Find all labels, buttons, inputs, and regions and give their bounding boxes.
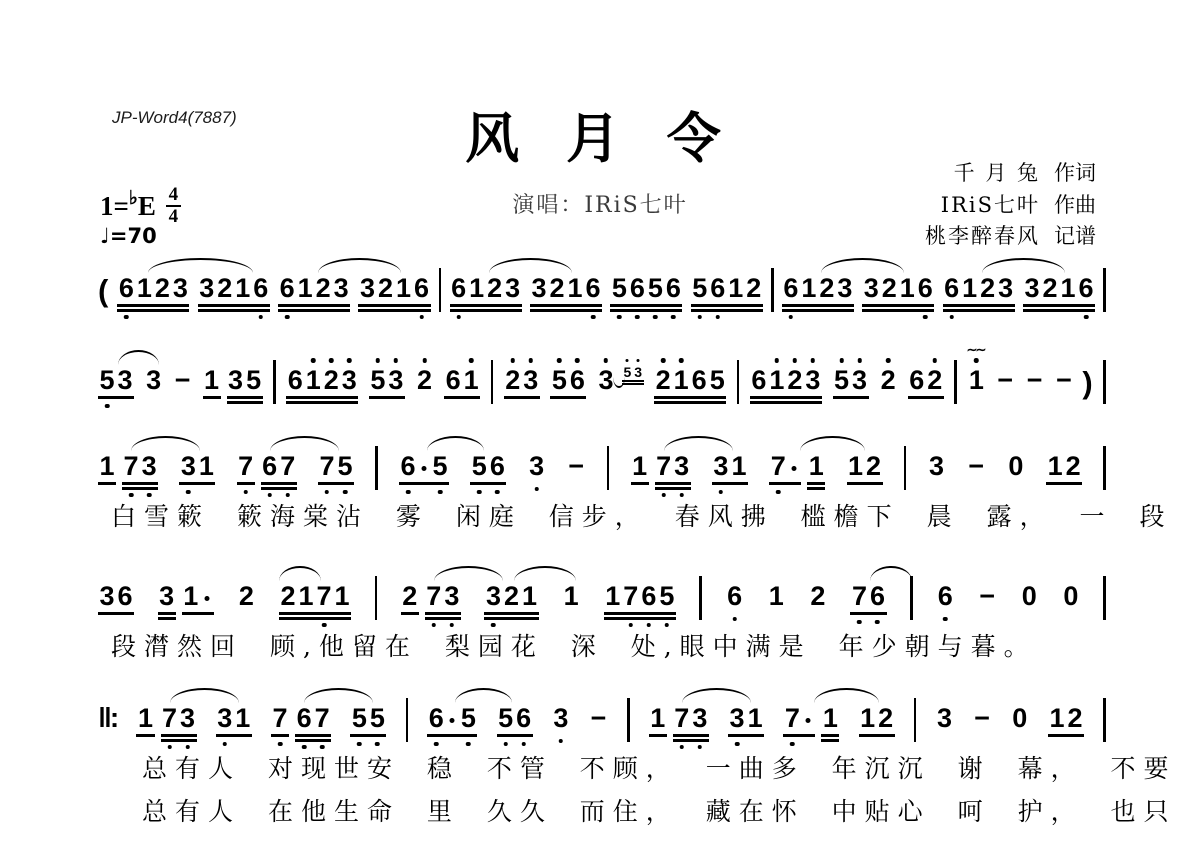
- note-char: 3: [528, 453, 546, 480]
- note-char: 1: [395, 275, 413, 302]
- octave-dot-low: [735, 742, 740, 747]
- beam-group: 3: [928, 453, 946, 480]
- note-group: 2165: [654, 367, 726, 394]
- note-char: 3: [140, 453, 158, 480]
- beam-group: 61: [444, 367, 480, 394]
- octave-dot-low: [456, 315, 461, 320]
- dash-note: −: [173, 367, 192, 394]
- barline: [406, 698, 409, 742]
- note-group: 61: [444, 367, 480, 394]
- note-char: 1: [462, 367, 480, 394]
- octave-dot-low: [790, 742, 795, 747]
- beam-line: [850, 612, 886, 615]
- system-3: 173317677565563−1733171123−012白雪簌 簌海棠沾 雾…: [98, 446, 1106, 533]
- slur-arc: [304, 688, 373, 703]
- note-char: 6: [568, 367, 586, 394]
- note-char: 2: [376, 275, 394, 302]
- note-group: 3: [552, 705, 570, 732]
- octave-dot-low: [434, 742, 439, 747]
- beam-group: 5656: [610, 275, 682, 302]
- note-group: 321: [484, 583, 538, 610]
- note-char: −: [173, 367, 192, 394]
- octave-dot-low: [285, 493, 290, 498]
- beam-group: 3216: [358, 275, 430, 302]
- beam-line: [98, 612, 134, 615]
- note-group: 6: [936, 583, 954, 610]
- beam-group: 56: [470, 453, 506, 480]
- octave-dot-low: [647, 623, 652, 628]
- note-char: 7: [279, 453, 297, 480]
- beam-line: [179, 482, 215, 485]
- note-char: 3: [179, 453, 197, 480]
- note-char: 3: [1023, 275, 1041, 302]
- notation-row: ‖:173317675565563−1733171123−012: [98, 698, 1106, 732]
- beam-line: [237, 482, 255, 485]
- slur-arc: [131, 436, 200, 451]
- slur-arc: [489, 258, 572, 273]
- octave-dot-low: [267, 493, 272, 498]
- note-group: 3216: [862, 275, 934, 302]
- note-char: 3: [340, 367, 358, 394]
- note-char: 3: [179, 705, 197, 732]
- beam-line: [286, 401, 358, 404]
- note-group: 31: [712, 453, 748, 480]
- octave-dot-high: [811, 358, 816, 363]
- barline: [954, 360, 957, 404]
- note-group: 353: [597, 367, 644, 394]
- note-char: 2: [1066, 705, 1084, 732]
- beam-line: [216, 734, 252, 737]
- slur-arc: [434, 566, 503, 581]
- beam-line: [350, 734, 386, 737]
- note-char: 3: [928, 453, 946, 480]
- note-char: 2: [504, 367, 522, 394]
- note-group: 767: [237, 453, 297, 480]
- note-group: 5656: [610, 275, 682, 302]
- note-char: 0: [1007, 453, 1025, 480]
- beam-line: [278, 304, 350, 307]
- note-char: 3: [216, 705, 234, 732]
- slur-arc: [455, 688, 513, 703]
- slur-arc: [821, 258, 904, 273]
- beam-line: [610, 309, 682, 312]
- beam-group: 0: [1011, 705, 1029, 732]
- note-char: 1: [136, 705, 154, 732]
- slur-arc: [664, 436, 733, 451]
- dash-note: −: [978, 583, 997, 610]
- note-char: 1: [333, 583, 351, 610]
- octave-dot-low: [322, 623, 327, 628]
- note-char: 5: [646, 275, 664, 302]
- beam-group: −: [1025, 367, 1044, 394]
- note-char: 7: [313, 705, 331, 732]
- note-char: 5: [622, 365, 633, 379]
- note-char: 1: [234, 705, 252, 732]
- slur-arc: [427, 436, 485, 451]
- beam-line: [484, 617, 538, 620]
- note-group: 31: [158, 583, 214, 610]
- note-char: 6: [427, 705, 445, 732]
- octave-dot-high: [661, 358, 666, 363]
- note-char: 6: [664, 275, 682, 302]
- note-char: 1: [566, 275, 584, 302]
- beam-group: 7: [783, 705, 815, 732]
- beam-line: [358, 309, 430, 312]
- barline: [910, 576, 913, 620]
- note-group: 6123: [286, 367, 358, 394]
- note-char: 2: [322, 367, 340, 394]
- beam-group: 75: [318, 453, 354, 480]
- note-char: 6: [868, 583, 886, 610]
- note-char: 7: [425, 583, 443, 610]
- note-group: 5612: [691, 275, 763, 302]
- beam-line: [1023, 309, 1095, 312]
- note-char: 1: [649, 705, 667, 732]
- beam-group: 6123: [117, 275, 189, 302]
- barline: [904, 446, 907, 490]
- note-char: 5: [350, 705, 368, 732]
- beam-group: 0: [1007, 453, 1025, 480]
- beam-group: 3: [597, 367, 615, 394]
- beam-group: 23: [504, 367, 540, 394]
- note-char: 3: [691, 705, 709, 732]
- note-char: 1: [967, 367, 985, 394]
- octave-dot-low: [732, 617, 737, 622]
- note-char: 5: [708, 367, 726, 394]
- slur-arc: [682, 688, 751, 703]
- beam-group: 321: [484, 583, 538, 610]
- note-char: 1: [800, 275, 818, 302]
- beam-line: [158, 612, 176, 615]
- octave-dot-low: [466, 742, 471, 747]
- beam-line: [859, 734, 895, 737]
- note-char: 2: [879, 367, 897, 394]
- barline: [273, 360, 276, 404]
- note-char: 2: [486, 275, 504, 302]
- note-char: 6: [515, 705, 533, 732]
- octave-dot-low: [357, 742, 362, 747]
- beam-line: [821, 734, 839, 737]
- note-char: 5: [336, 453, 354, 480]
- note-char: 6: [628, 275, 646, 302]
- barline: [1103, 576, 1106, 620]
- beam-group: 2: [237, 583, 255, 610]
- note-char: 5: [658, 583, 676, 610]
- note-char: 3: [936, 705, 954, 732]
- note-group: 55: [350, 705, 386, 732]
- beam-line: [654, 396, 726, 399]
- octave-dot-low: [495, 490, 500, 495]
- octave-dot-low: [259, 315, 264, 320]
- note-group: 173: [649, 705, 709, 732]
- note-char: 6: [399, 453, 417, 480]
- beam-line: [833, 396, 869, 399]
- augmentation-dot: [806, 718, 811, 723]
- beam-group: 65: [399, 453, 449, 480]
- note-char: 2: [809, 583, 827, 610]
- note-group: 6123: [450, 275, 522, 302]
- slur-arc: [170, 688, 239, 703]
- note-char: 7: [783, 705, 801, 732]
- score: (612332166123321661233216565656126123321…: [0, 0, 1200, 850]
- note-char: 6: [1077, 275, 1095, 302]
- beam-group: −: [973, 705, 992, 732]
- note-char: 1: [807, 453, 825, 480]
- beam-line: [1023, 304, 1095, 307]
- note-char: 5: [431, 453, 449, 480]
- slur-arc: [814, 688, 878, 703]
- octave-dot-low: [105, 404, 110, 409]
- note-char: 6: [690, 367, 708, 394]
- note-char: 2: [401, 583, 419, 610]
- note-char: 1: [672, 367, 690, 394]
- beam-line: [122, 487, 158, 490]
- barline: [1103, 268, 1106, 312]
- beam-line: [750, 396, 822, 399]
- note-char: 3: [997, 275, 1015, 302]
- note-group: 12: [1046, 453, 1082, 480]
- octave-dot-high: [329, 358, 334, 363]
- octave-dot-low: [432, 623, 437, 628]
- note-group: 3216: [198, 275, 270, 302]
- note-char: 3: [98, 583, 116, 610]
- note-char: 3: [358, 275, 376, 302]
- beam-line: [1046, 482, 1082, 485]
- note-group: 1: [767, 583, 785, 610]
- barline: [771, 268, 774, 312]
- beam-group: 31: [179, 453, 215, 480]
- note-group: 6: [726, 583, 744, 610]
- beam-group: 1: [182, 583, 214, 610]
- note-char: 1: [182, 583, 200, 610]
- beam-line: [98, 396, 134, 399]
- system-5: ‖:173317675565563−1733171123−012总有人 对现世安…: [98, 698, 1106, 828]
- beam-line: [673, 734, 709, 737]
- note-char: 2: [279, 583, 297, 610]
- note-char: 6: [750, 367, 768, 394]
- dash-note: −: [967, 453, 986, 480]
- beam-line: [649, 734, 667, 737]
- beam-line: [530, 309, 602, 312]
- note-char: 1: [847, 453, 865, 480]
- note-char: 0: [1020, 583, 1038, 610]
- note-group: 2: [809, 583, 827, 610]
- note-group: 3: [936, 705, 954, 732]
- octave-dot-high: [311, 358, 316, 363]
- note-char: 1: [297, 583, 315, 610]
- note-char: 3: [116, 367, 134, 394]
- beam-line: [425, 617, 461, 620]
- note-char: 3: [387, 367, 405, 394]
- beam-line: [691, 304, 763, 307]
- note-group: 3216: [1023, 275, 1095, 302]
- note-char: 1: [631, 453, 649, 480]
- note-char: 2: [153, 275, 171, 302]
- note-char: 2: [237, 583, 255, 610]
- beam-group: 1: [631, 453, 649, 480]
- octave-dot-high: [626, 359, 629, 362]
- note-char: 6: [726, 583, 744, 610]
- beam-group: 3216: [198, 275, 270, 302]
- octave-dot-low: [698, 745, 703, 750]
- note-char: 6: [444, 367, 462, 394]
- beam-line: [203, 396, 221, 399]
- beam-line: [279, 612, 351, 615]
- beam-group: 0: [1020, 583, 1038, 610]
- octave-dot-high: [347, 358, 352, 363]
- beam-group: 53: [833, 367, 869, 394]
- note-char: 3: [712, 453, 730, 480]
- note-char: 5: [369, 367, 387, 394]
- beam-line: [295, 734, 331, 737]
- octave-dot-low: [477, 490, 482, 495]
- beam-line: [862, 309, 934, 312]
- note-char: 1: [1059, 275, 1077, 302]
- note-char: 6: [252, 275, 270, 302]
- beam-group: 1: [203, 367, 221, 394]
- note-char: 5: [98, 367, 116, 394]
- beam-group: 31: [712, 453, 748, 480]
- note-char: −: [978, 583, 997, 610]
- note-char: 3: [158, 583, 176, 610]
- octave-dot-low: [789, 315, 794, 320]
- note-char: 1: [468, 275, 486, 302]
- beam-line: [783, 734, 815, 737]
- note-group: 31: [179, 453, 215, 480]
- note-char: 6: [261, 453, 279, 480]
- note-char: 2: [979, 275, 997, 302]
- note-char: 2: [865, 453, 883, 480]
- octave-dot-low: [680, 745, 685, 750]
- beam-line: [821, 739, 839, 742]
- beam-group: 12: [1048, 705, 1084, 732]
- lyrics-line: 总有人 对现世安 稳 不管 不顾， 一曲多 年沉沉 谢 幕， 不要: [142, 749, 1106, 785]
- octave-dot-high: [529, 358, 534, 363]
- note-char: 2: [654, 367, 672, 394]
- close-paren: ): [1082, 370, 1092, 396]
- note-char: 5: [245, 367, 263, 394]
- octave-dot-high: [469, 358, 474, 363]
- note-char: 2: [877, 705, 895, 732]
- beam-line: [122, 482, 158, 485]
- octave-dot-high: [775, 358, 780, 363]
- beam-line: [399, 482, 449, 485]
- slur-arc: [270, 436, 339, 451]
- beam-group: 1: [562, 583, 580, 610]
- octave-dot-low: [617, 315, 622, 320]
- note-char: 7: [673, 705, 691, 732]
- note-char: 1: [98, 453, 116, 480]
- beam-group: 6123: [278, 275, 350, 302]
- note-char: 3: [552, 705, 570, 732]
- slur-arc: [514, 566, 576, 581]
- note-char: 1: [296, 275, 314, 302]
- note-char: 3: [198, 275, 216, 302]
- note-char: −: [1025, 367, 1044, 394]
- octave-dot-high: [637, 359, 640, 362]
- beam-group: 3: [528, 453, 546, 480]
- beam-line: [98, 482, 116, 485]
- beam-group: 1765: [604, 583, 676, 610]
- note-group: 76: [850, 583, 886, 610]
- note-group: 173: [136, 705, 196, 732]
- note-char: 3: [728, 705, 746, 732]
- beam-line: [117, 309, 189, 312]
- beam-line: [530, 304, 602, 307]
- note-group: 31: [216, 705, 252, 732]
- slur-arc: [118, 350, 159, 365]
- note-group: 3: [528, 453, 546, 480]
- beam-line: [908, 396, 944, 399]
- beam-group: −: [567, 453, 586, 480]
- note-char: 1: [562, 583, 580, 610]
- beam-line: [862, 304, 934, 307]
- octave-dot-low: [223, 742, 228, 747]
- beam-group: 1: [821, 705, 839, 732]
- octave-dot-low: [665, 623, 670, 628]
- barline: [699, 576, 702, 620]
- note-char: 1: [135, 275, 153, 302]
- note-char: 7: [122, 453, 140, 480]
- note-char: 3: [504, 275, 522, 302]
- beam-group: 67: [295, 705, 331, 732]
- barline: [1103, 360, 1106, 404]
- note-group: 3216: [530, 275, 602, 302]
- note-char: 1: [746, 705, 764, 732]
- beam-line: [271, 734, 289, 737]
- note-group: 23: [504, 367, 540, 394]
- octave-dot-low: [503, 742, 508, 747]
- note-group: 173: [631, 453, 691, 480]
- note-char: 6: [916, 275, 934, 302]
- beam-line: [136, 734, 154, 737]
- octave-dot-low: [419, 315, 424, 320]
- beam-line: [279, 617, 351, 620]
- note-char: 6: [709, 275, 727, 302]
- slur-arc: [318, 258, 401, 273]
- beam-line: [444, 396, 480, 399]
- note-char: 1: [859, 705, 877, 732]
- beam-group: 56: [497, 705, 533, 732]
- octave-dot-low: [521, 742, 526, 747]
- note-char: 3: [522, 367, 540, 394]
- beam-group: 36: [98, 583, 134, 610]
- beam-line: [158, 617, 176, 620]
- barline: [1103, 698, 1106, 742]
- note-group: 2: [237, 583, 255, 610]
- octave-dot-high: [510, 358, 515, 363]
- augmentation-dot: [204, 596, 209, 601]
- beam-group: 2: [401, 583, 419, 610]
- octave-dot-low: [147, 493, 152, 498]
- octave-dot-low: [635, 315, 640, 320]
- note-char: 1: [604, 583, 622, 610]
- slur-arc: [982, 258, 1065, 273]
- beam-line: [497, 734, 533, 737]
- beam-line: [261, 482, 297, 485]
- note-char: [787, 453, 801, 480]
- rest-note: 0: [1011, 705, 1029, 732]
- dash-note: −: [567, 453, 586, 480]
- note-char: 6: [413, 275, 431, 302]
- beam-line: [654, 401, 726, 404]
- note-char: 3: [851, 367, 869, 394]
- beam-group: 1: [136, 705, 154, 732]
- open-paren: (: [98, 278, 108, 304]
- beam-group: 1: [649, 705, 667, 732]
- dash-note: −: [973, 705, 992, 732]
- note-char: 3: [145, 367, 163, 394]
